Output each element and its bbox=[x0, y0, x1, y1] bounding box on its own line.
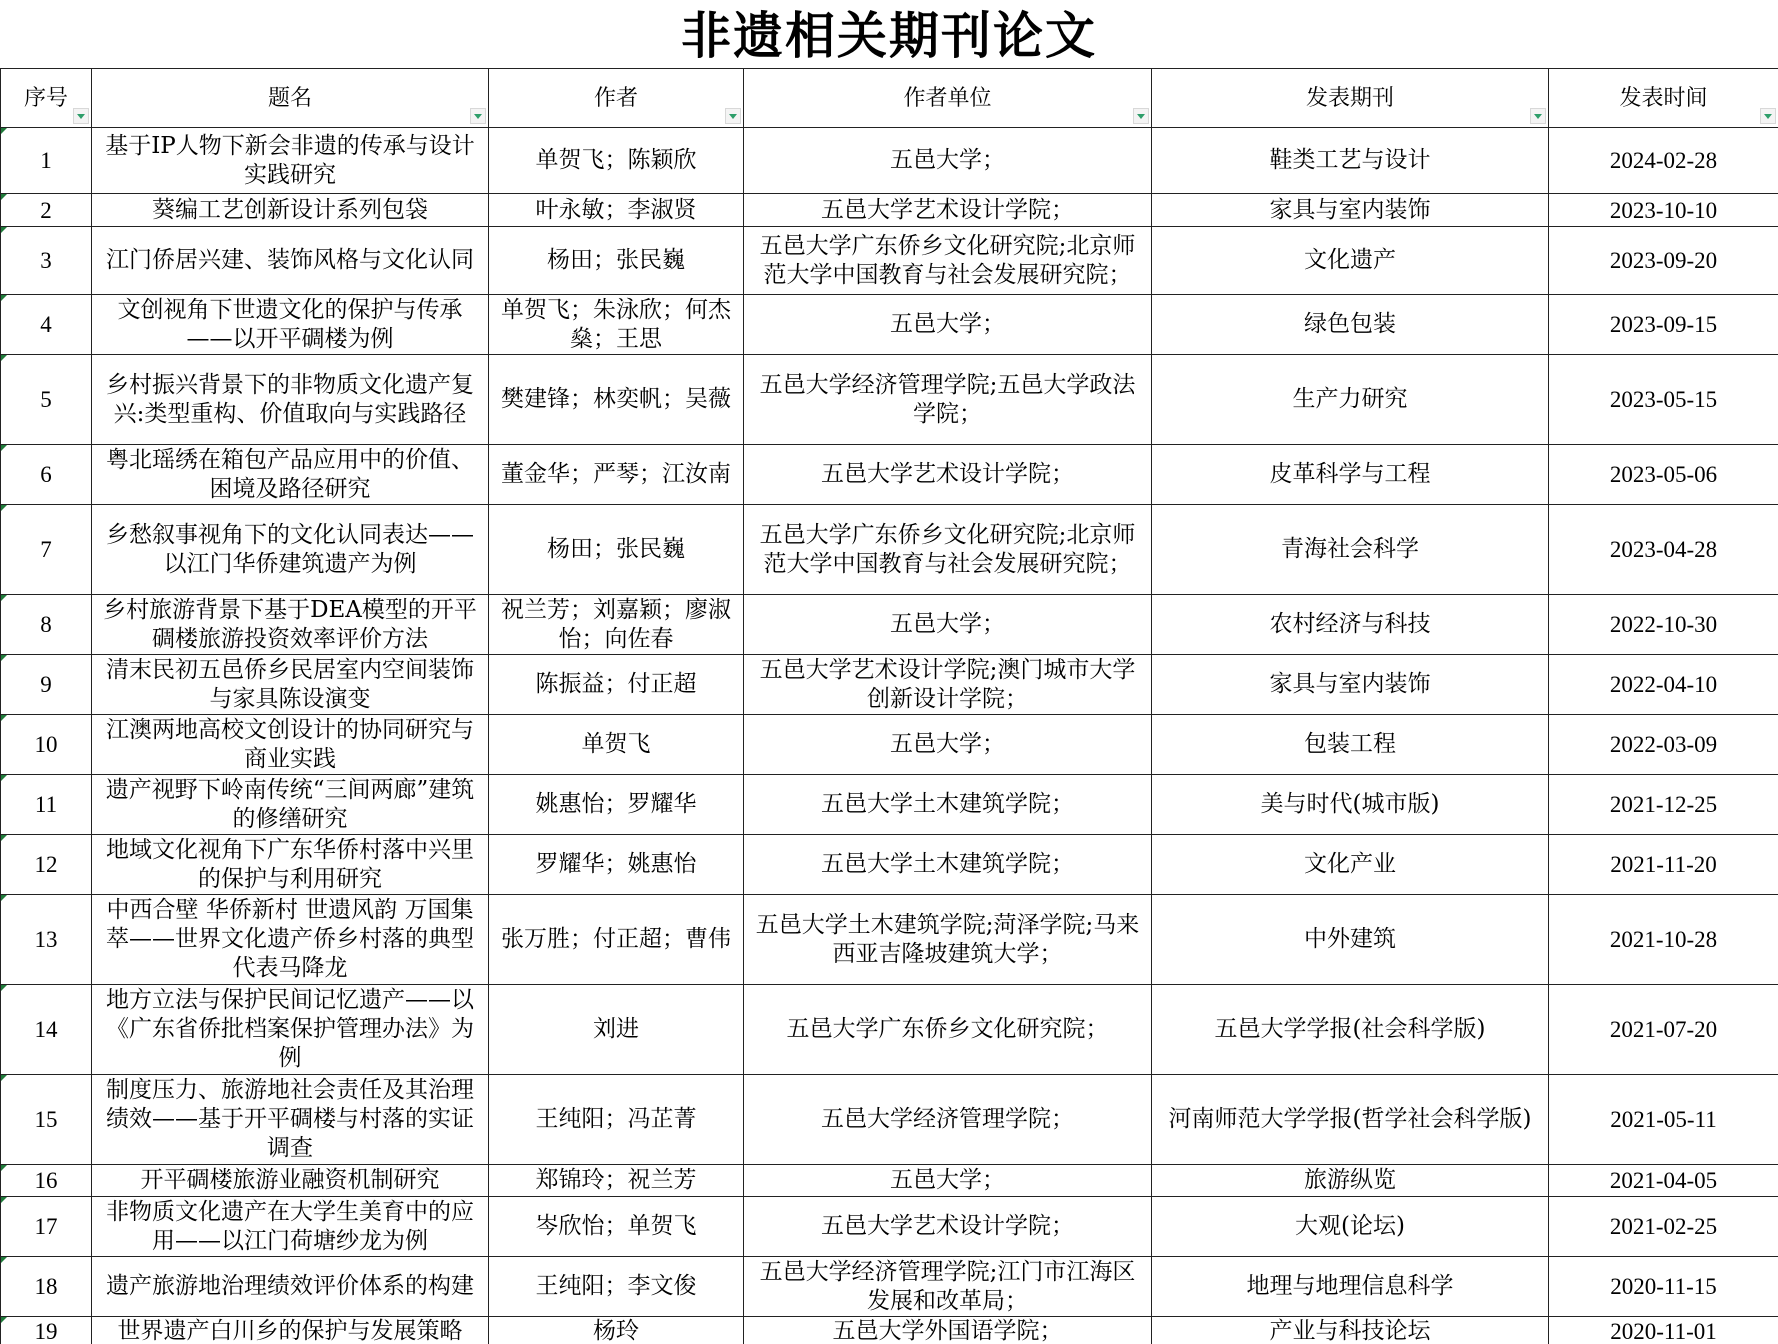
table-row[interactable]: 12地域文化视角下广东华侨村落中兴里的保护与利用研究罗耀华；姚惠怡五邑大学土木建… bbox=[1, 835, 1778, 895]
cell-affiliation[interactable]: 五邑大学艺术设计学院； bbox=[744, 445, 1152, 505]
cell-authors[interactable]: 单贺飞；朱泳欣；何杰燊；王思 bbox=[489, 295, 744, 355]
cell-authors[interactable]: 陈振益；付正超 bbox=[489, 655, 744, 715]
cell-title[interactable]: 地方立法与保护民间记忆遗产——以《广东省侨批档案保护管理办法》为例 bbox=[92, 985, 489, 1075]
cell-affiliation[interactable]: 五邑大学经济管理学院； bbox=[744, 1075, 1152, 1165]
cell-journal[interactable]: 家具与室内装饰 bbox=[1152, 194, 1549, 227]
cell-date[interactable]: 2021-11-20 bbox=[1549, 835, 1778, 895]
cell-journal[interactable]: 河南师范大学学报(哲学社会科学版) bbox=[1152, 1075, 1549, 1165]
table-row[interactable]: 4文创视角下世遗文化的保护与传承——以开平碉楼为例单贺飞；朱泳欣；何杰燊；王思五… bbox=[1, 295, 1778, 355]
cell-title[interactable]: 乡愁叙事视角下的文化认同表达——以江门华侨建筑遗产为例 bbox=[92, 505, 489, 595]
filter-dropdown-button[interactable] bbox=[73, 108, 89, 124]
cell-title[interactable]: 世界遗产白川乡的保护与发展策略 bbox=[92, 1317, 489, 1344]
cell-no[interactable]: 1 bbox=[1, 128, 92, 194]
filter-dropdown-button[interactable] bbox=[1760, 108, 1776, 124]
cell-journal[interactable]: 文化遗产 bbox=[1152, 227, 1549, 295]
cell-date[interactable]: 2021-10-28 bbox=[1549, 895, 1778, 985]
cell-authors[interactable]: 叶永敏；李淑贤 bbox=[489, 194, 744, 227]
cell-date[interactable]: 2022-10-30 bbox=[1549, 595, 1778, 655]
cell-no[interactable]: 18 bbox=[1, 1257, 92, 1317]
column-header-no: 序号 bbox=[1, 69, 92, 128]
column-header-label: 发表时间 bbox=[1619, 86, 1707, 111]
cell-affiliation[interactable]: 五邑大学； bbox=[744, 595, 1152, 655]
filter-dropdown-button[interactable] bbox=[470, 108, 486, 124]
cell-title[interactable]: 乡村振兴背景下的非物质文化遗产复兴:类型重构、价值取向与实践路径 bbox=[92, 355, 489, 445]
table-row[interactable]: 3江门侨居兴建、装饰风格与文化认同杨田；张民巍五邑大学广东侨乡文化研究院;北京师… bbox=[1, 227, 1778, 295]
cell-date[interactable]: 2023-10-10 bbox=[1549, 194, 1778, 227]
cell-no[interactable]: 2 bbox=[1, 194, 92, 227]
cell-date[interactable]: 2021-07-20 bbox=[1549, 985, 1778, 1075]
cell-affiliation[interactable]: 五邑大学； bbox=[744, 295, 1152, 355]
table-row[interactable]: 16开平碉楼旅游业融资机制研究郑锦玲；祝兰芳五邑大学；旅游纵览2021-04-0… bbox=[1, 1165, 1778, 1197]
cell-no[interactable]: 19 bbox=[1, 1317, 92, 1344]
cell-title[interactable]: 非物质文化遗产在大学生美育中的应用——以江门荷塘纱龙为例 bbox=[92, 1197, 489, 1257]
table-row[interactable]: 17非物质文化遗产在大学生美育中的应用——以江门荷塘纱龙为例岑欣怡；单贺飞五邑大… bbox=[1, 1197, 1778, 1257]
cell-authors[interactable]: 单贺飞；陈颖欣 bbox=[489, 128, 744, 194]
table-row[interactable]: 14地方立法与保护民间记忆遗产——以《广东省侨批档案保护管理办法》为例刘进五邑大… bbox=[1, 985, 1778, 1075]
cell-journal[interactable]: 青海社会科学 bbox=[1152, 505, 1549, 595]
table-row[interactable]: 13中西合壁 华侨新村 世遗风韵 万国集萃——世界文化遗产侨乡村落的典型代表马降… bbox=[1, 895, 1778, 985]
table-row[interactable]: 19世界遗产白川乡的保护与发展策略杨玲五邑大学外国语学院；产业与科技论坛2020… bbox=[1, 1317, 1778, 1344]
cell-authors[interactable]: 樊建锋；林奕帆；吴薇 bbox=[489, 355, 744, 445]
cell-authors[interactable]: 王纯阳；李文俊 bbox=[489, 1257, 744, 1317]
cell-no[interactable]: 9 bbox=[1, 655, 92, 715]
cell-date[interactable]: 2020-11-15 bbox=[1549, 1257, 1778, 1317]
cell-journal[interactable]: 五邑大学学报(社会科学版) bbox=[1152, 985, 1549, 1075]
cell-date[interactable]: 2020-11-01 bbox=[1549, 1317, 1778, 1344]
cell-journal[interactable]: 鞋类工艺与设计 bbox=[1152, 128, 1549, 194]
cell-journal[interactable]: 中外建筑 bbox=[1152, 895, 1549, 985]
table-row[interactable]: 7乡愁叙事视角下的文化认同表达——以江门华侨建筑遗产为例杨田；张民巍五邑大学广东… bbox=[1, 505, 1778, 595]
cell-authors[interactable]: 董金华；严琴；江汝南 bbox=[489, 445, 744, 505]
cell-journal[interactable]: 旅游纵览 bbox=[1152, 1165, 1549, 1197]
cell-no[interactable]: 12 bbox=[1, 835, 92, 895]
table-row[interactable]: 18遗产旅游地治理绩效评价体系的构建王纯阳；李文俊五邑大学经济管理学院;江门市江… bbox=[1, 1257, 1778, 1317]
cell-authors[interactable]: 杨田；张民巍 bbox=[489, 505, 744, 595]
papers-table: 序号题名作者作者单位发表期刊发表时间 1基于IP人物下新会非遗的传承与设计实践研… bbox=[0, 68, 1778, 1344]
table-row[interactable]: 15制度压力、旅游地社会责任及其治理绩效——基于开平碉楼与村落的实证调查王纯阳；… bbox=[1, 1075, 1778, 1165]
cell-title[interactable]: 开平碉楼旅游业融资机制研究 bbox=[92, 1165, 489, 1197]
cell-authors[interactable]: 杨玲 bbox=[489, 1317, 744, 1344]
cell-affiliation[interactable]: 五邑大学土木建筑学院;菏泽学院;马来西亚吉隆坡建筑大学； bbox=[744, 895, 1152, 985]
cell-affiliation[interactable]: 五邑大学广东侨乡文化研究院;北京师范大学中国教育与社会发展研究院； bbox=[744, 505, 1152, 595]
cell-journal[interactable]: 包装工程 bbox=[1152, 715, 1549, 775]
table-row[interactable]: 9清末民初五邑侨乡民居室内空间装饰与家具陈设演变陈振益；付正超五邑大学艺术设计学… bbox=[1, 655, 1778, 715]
cell-date[interactable]: 2023-09-20 bbox=[1549, 227, 1778, 295]
cell-affiliation[interactable]: 五邑大学艺术设计学院;澳门城市大学创新设计学院； bbox=[744, 655, 1152, 715]
cell-journal[interactable]: 美与时代(城市版) bbox=[1152, 775, 1549, 835]
filter-dropdown-button[interactable] bbox=[1530, 108, 1546, 124]
cell-affiliation[interactable]: 五邑大学土木建筑学院； bbox=[744, 775, 1152, 835]
cell-no[interactable]: 17 bbox=[1, 1197, 92, 1257]
cell-authors[interactable]: 姚惠怡；罗耀华 bbox=[489, 775, 744, 835]
cell-affiliation[interactable]: 五邑大学经济管理学院;江门市江海区发展和改革局； bbox=[744, 1257, 1152, 1317]
cell-date[interactable]: 2021-05-11 bbox=[1549, 1075, 1778, 1165]
cell-no[interactable]: 3 bbox=[1, 227, 92, 295]
cell-authors[interactable]: 岑欣怡；单贺飞 bbox=[489, 1197, 744, 1257]
cell-affiliation[interactable]: 五邑大学艺术设计学院； bbox=[744, 194, 1152, 227]
filter-dropdown-icon bbox=[77, 114, 85, 119]
column-header-journal: 发表期刊 bbox=[1152, 69, 1549, 128]
cell-affiliation[interactable]: 五邑大学外国语学院； bbox=[744, 1317, 1152, 1344]
table-row[interactable]: 11遗产视野下岭南传统“三间两廊”建筑的修缮研究姚惠怡；罗耀华五邑大学土木建筑学… bbox=[1, 775, 1778, 835]
page-title: 非遗相关期刊论文 bbox=[0, 0, 1778, 68]
cell-no[interactable]: 16 bbox=[1, 1165, 92, 1197]
cell-authors[interactable]: 郑锦玲；祝兰芳 bbox=[489, 1165, 744, 1197]
cell-title[interactable]: 乡村旅游背景下基于DEA模型的开平碉楼旅游投资效率评价方法 bbox=[92, 595, 489, 655]
cell-no[interactable]: 14 bbox=[1, 985, 92, 1075]
cell-date[interactable]: 2021-04-05 bbox=[1549, 1165, 1778, 1197]
cell-authors[interactable]: 张万胜；付正超；曹伟 bbox=[489, 895, 744, 985]
cell-journal[interactable]: 生产力研究 bbox=[1152, 355, 1549, 445]
cell-title[interactable]: 中西合壁 华侨新村 世遗风韵 万国集萃——世界文化遗产侨乡村落的典型代表马降龙 bbox=[92, 895, 489, 985]
cell-date[interactable]: 2021-02-25 bbox=[1549, 1197, 1778, 1257]
cell-title[interactable]: 江澳两地高校文创设计的协同研究与商业实践 bbox=[92, 715, 489, 775]
cell-affiliation[interactable]: 五邑大学广东侨乡文化研究院;北京师范大学中国教育与社会发展研究院； bbox=[744, 227, 1152, 295]
cell-no[interactable]: 4 bbox=[1, 295, 92, 355]
cell-no[interactable]: 10 bbox=[1, 715, 92, 775]
cell-title[interactable]: 遗产视野下岭南传统“三间两廊”建筑的修缮研究 bbox=[92, 775, 489, 835]
cell-journal[interactable]: 大观(论坛) bbox=[1152, 1197, 1549, 1257]
table-row[interactable]: 2葵编工艺创新设计系列包袋叶永敏；李淑贤五邑大学艺术设计学院；家具与室内装饰20… bbox=[1, 194, 1778, 227]
cell-no[interactable]: 6 bbox=[1, 445, 92, 505]
column-header-label: 发表期刊 bbox=[1306, 86, 1394, 111]
cell-title[interactable]: 葵编工艺创新设计系列包袋 bbox=[92, 194, 489, 227]
cell-title[interactable]: 遗产旅游地治理绩效评价体系的构建 bbox=[92, 1257, 489, 1317]
cell-affiliation[interactable]: 五邑大学； bbox=[744, 1165, 1152, 1197]
cell-date[interactable]: 2023-05-06 bbox=[1549, 445, 1778, 505]
column-header-label: 序号 bbox=[24, 86, 68, 111]
cell-affiliation[interactable]: 五邑大学经济管理学院;五邑大学政法学院； bbox=[744, 355, 1152, 445]
cell-journal[interactable]: 产业与科技论坛 bbox=[1152, 1317, 1549, 1344]
cell-title[interactable]: 清末民初五邑侨乡民居室内空间装饰与家具陈设演变 bbox=[92, 655, 489, 715]
cell-date[interactable]: 2021-12-25 bbox=[1549, 775, 1778, 835]
cell-affiliation[interactable]: 五邑大学广东侨乡文化研究院； bbox=[744, 985, 1152, 1075]
cell-date[interactable]: 2023-05-15 bbox=[1549, 355, 1778, 445]
cell-journal[interactable]: 地理与地理信息科学 bbox=[1152, 1257, 1549, 1317]
table-row[interactable]: 10江澳两地高校文创设计的协同研究与商业实践单贺飞五邑大学；包装工程2022-0… bbox=[1, 715, 1778, 775]
table-row[interactable]: 8乡村旅游背景下基于DEA模型的开平碉楼旅游投资效率评价方法祝兰芳；刘嘉颖；廖淑… bbox=[1, 595, 1778, 655]
cell-title[interactable]: 地域文化视角下广东华侨村落中兴里的保护与利用研究 bbox=[92, 835, 489, 895]
cell-date[interactable]: 2022-04-10 bbox=[1549, 655, 1778, 715]
cell-title[interactable]: 制度压力、旅游地社会责任及其治理绩效——基于开平碉楼与村落的实证调查 bbox=[92, 1075, 489, 1165]
cell-affiliation[interactable]: 五邑大学土木建筑学院； bbox=[744, 835, 1152, 895]
cell-no[interactable]: 5 bbox=[1, 355, 92, 445]
column-header-date: 发表时间 bbox=[1549, 69, 1778, 128]
column-header-label: 题名 bbox=[268, 86, 312, 111]
column-header-title: 题名 bbox=[92, 69, 489, 128]
cell-affiliation[interactable]: 五邑大学； bbox=[744, 128, 1152, 194]
cell-authors[interactable]: 罗耀华；姚惠怡 bbox=[489, 835, 744, 895]
cell-affiliation[interactable]: 五邑大学； bbox=[744, 715, 1152, 775]
cell-journal[interactable]: 文化产业 bbox=[1152, 835, 1549, 895]
table-row[interactable]: 5乡村振兴背景下的非物质文化遗产复兴:类型重构、价值取向与实践路径樊建锋；林奕帆… bbox=[1, 355, 1778, 445]
table-header-row: 序号题名作者作者单位发表期刊发表时间 bbox=[1, 69, 1778, 128]
cell-journal[interactable]: 家具与室内装饰 bbox=[1152, 655, 1549, 715]
cell-affiliation[interactable]: 五邑大学艺术设计学院； bbox=[744, 1197, 1152, 1257]
cell-date[interactable]: 2023-04-28 bbox=[1549, 505, 1778, 595]
table-row[interactable]: 6粤北瑶绣在箱包产品应用中的价值、困境及路径研究董金华；严琴；江汝南五邑大学艺术… bbox=[1, 445, 1778, 505]
cell-authors[interactable]: 单贺飞 bbox=[489, 715, 744, 775]
cell-no[interactable]: 15 bbox=[1, 1075, 92, 1165]
column-header-label: 作者 bbox=[594, 86, 638, 111]
cell-no[interactable]: 8 bbox=[1, 595, 92, 655]
filter-dropdown-icon bbox=[1764, 114, 1772, 119]
cell-authors[interactable]: 王纯阳；冯芷菁 bbox=[489, 1075, 744, 1165]
filter-dropdown-button[interactable] bbox=[1133, 108, 1149, 124]
cell-date[interactable]: 2024-02-28 bbox=[1549, 128, 1778, 194]
column-header-authors: 作者 bbox=[489, 69, 744, 128]
cell-no[interactable]: 13 bbox=[1, 895, 92, 985]
column-header-label: 作者单位 bbox=[903, 86, 991, 111]
cell-authors[interactable]: 刘进 bbox=[489, 985, 744, 1075]
cell-journal[interactable]: 绿色包装 bbox=[1152, 295, 1549, 355]
cell-title[interactable]: 文创视角下世遗文化的保护与传承——以开平碉楼为例 bbox=[92, 295, 489, 355]
cell-journal[interactable]: 皮革科学与工程 bbox=[1152, 445, 1549, 505]
table-row[interactable]: 1基于IP人物下新会非遗的传承与设计实践研究单贺飞；陈颖欣五邑大学；鞋类工艺与设… bbox=[1, 128, 1778, 194]
cell-date[interactable]: 2022-03-09 bbox=[1549, 715, 1778, 775]
cell-no[interactable]: 11 bbox=[1, 775, 92, 835]
table-body: 1基于IP人物下新会非遗的传承与设计实践研究单贺飞；陈颖欣五邑大学；鞋类工艺与设… bbox=[1, 128, 1778, 1344]
cell-no[interactable]: 7 bbox=[1, 505, 92, 595]
cell-title[interactable]: 粤北瑶绣在箱包产品应用中的价值、困境及路径研究 bbox=[92, 445, 489, 505]
cell-authors[interactable]: 杨田；张民巍 bbox=[489, 227, 744, 295]
filter-dropdown-icon bbox=[1534, 114, 1542, 119]
filter-dropdown-icon bbox=[474, 114, 482, 119]
cell-authors[interactable]: 祝兰芳；刘嘉颖；廖淑怡；向佐春 bbox=[489, 595, 744, 655]
cell-date[interactable]: 2023-09-15 bbox=[1549, 295, 1778, 355]
column-header-affiliation: 作者单位 bbox=[744, 69, 1152, 128]
filter-dropdown-icon bbox=[729, 114, 737, 119]
cell-title[interactable]: 基于IP人物下新会非遗的传承与设计实践研究 bbox=[92, 128, 489, 194]
cell-journal[interactable]: 农村经济与科技 bbox=[1152, 595, 1549, 655]
filter-dropdown-button[interactable] bbox=[725, 108, 741, 124]
cell-title[interactable]: 江门侨居兴建、装饰风格与文化认同 bbox=[92, 227, 489, 295]
filter-dropdown-icon bbox=[1137, 114, 1145, 119]
